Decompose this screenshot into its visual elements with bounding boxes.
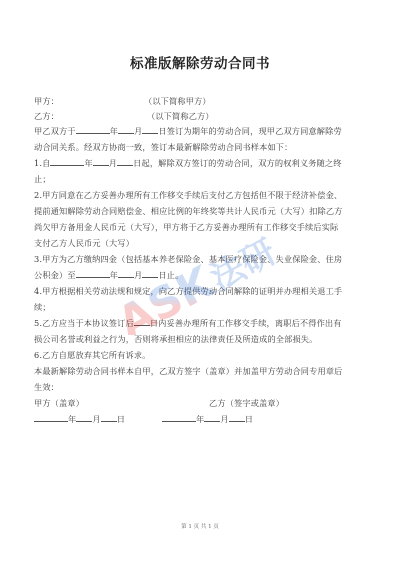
day-blank xyxy=(117,157,133,166)
clause-text: 公积金）至 xyxy=(34,270,76,280)
clause-4-line-2: 续； xyxy=(34,301,369,313)
party-a-note: （以下简称甲方） xyxy=(144,95,211,107)
month-blank xyxy=(76,413,92,422)
party-a-line: 甲方： （以下简称甲方） xyxy=(34,95,369,107)
document-title: 标准版解除劳动合同书 xyxy=(0,52,400,72)
year-blank xyxy=(76,269,110,278)
signature-labels: 甲方（盖章） 乙方（签字或盖章） xyxy=(34,397,369,409)
day-blank xyxy=(142,269,158,278)
month-blank xyxy=(118,269,134,278)
day-label: 日 xyxy=(117,414,125,424)
year-blank xyxy=(76,125,110,134)
clause-4-line-1: 4.甲方根据相关劳动法规和规定，向乙方提供劳动合同解除的证明并办理相关退工手 xyxy=(34,285,369,297)
clause-1-line-2: 止； xyxy=(34,173,369,185)
year-label: 年 xyxy=(196,414,204,424)
clause-5-line-1: 5.乙方应当于本协议签订后日内妥善办理所有工作移交手续，离职后不得作出有 xyxy=(34,317,369,329)
page-number: 第 1 页 共 1 页 xyxy=(0,522,400,530)
month-blank xyxy=(204,413,220,422)
year-label: 年 xyxy=(110,270,118,280)
clause-2-line-4: 支付乙方人民币元（大写） xyxy=(34,237,369,249)
intro-text: 甲乙双方于 xyxy=(34,126,76,136)
document-page: 标准版解除劳动合同书 甲方： （以下简称甲方） 乙方： （以下简称乙方） 甲乙双… xyxy=(0,0,400,565)
intro-text: 日签订为期年的劳动合同，现甲乙双方同意解除劳 xyxy=(158,126,341,136)
month-label: 月 xyxy=(92,414,100,424)
clause-text: 1.自 xyxy=(34,158,50,168)
day-blank xyxy=(142,125,158,134)
signature-dates: 年月日 年月日 xyxy=(34,413,369,425)
clause-5-line-2: 损公司名誉或利益之行为，否则将承担相应的法律责任及所造成的全部损失。 xyxy=(34,333,369,345)
month-blank xyxy=(118,125,134,134)
clause-text: 日起，解除双方签订的劳动合同，双方的权利义务随之终 xyxy=(133,158,341,168)
day-blank xyxy=(101,413,117,422)
month-label: 月 xyxy=(109,158,117,168)
clause-2-line-2: 提前通知解除劳动合同赔偿金、相应比例的年终奖等共计人民币元（大写）扣除乙方 xyxy=(34,205,369,217)
year-blank xyxy=(50,157,84,166)
party-a-label: 甲方： xyxy=(34,96,59,106)
day-label: 日 xyxy=(245,414,253,424)
clause-6: 6.乙方自愿放弃其它所有诉求。 xyxy=(34,349,369,361)
party-b-label: 乙方： xyxy=(34,111,59,121)
party-a-seal-label: 甲方（盖章） xyxy=(34,398,84,408)
clause-text: 日内妥善办理所有工作移交手续，离职后不得作出有 xyxy=(150,318,342,328)
party-b-date: 年月日 xyxy=(162,413,253,425)
month-label: 月 xyxy=(134,270,142,280)
month-label: 月 xyxy=(220,414,228,424)
clause-text: 日止。 xyxy=(158,270,183,280)
month-blank xyxy=(93,157,109,166)
intro-line-2: 动合同关系。经双方协商一致，签订本最新解除劳动合同书样本如下： xyxy=(34,141,369,153)
year-label: 年 xyxy=(110,126,118,136)
year-blank xyxy=(34,413,68,422)
year-label: 年 xyxy=(84,158,92,168)
year-label: 年 xyxy=(68,414,76,424)
intro-line-1: 甲乙双方于年月日签订为期年的劳动合同，现甲乙双方同意解除劳 xyxy=(34,125,369,137)
effect-line-1: 本最新解除劳动合同书样本自甲，乙双方签字（盖章）并加盖甲方劳动合同专用章后 xyxy=(34,365,369,377)
month-label: 月 xyxy=(134,126,142,136)
clause-1-line-1: 1.自年月日起，解除双方签订的劳动合同，双方的权利义务随之终 xyxy=(34,157,369,169)
clause-2-line-3: 尚欠甲方备用金人民币元（大写），甲方将于乙方妥善办理所有工作移交手续后实际 xyxy=(34,221,369,233)
day-blank xyxy=(229,413,245,422)
clause-text: 5.乙方应当于本协议签订后 xyxy=(34,318,134,328)
effect-line-2: 生效： xyxy=(34,381,369,393)
days-blank xyxy=(134,317,150,326)
party-b-seal-label: 乙方（签字或盖章） xyxy=(209,397,284,409)
year-blank xyxy=(162,413,196,422)
clause-3-line-1: 3.甲方为乙方缴纳四金（包括基本养老保险金、基本医疗保险金、失业保险金、住房 xyxy=(34,253,369,265)
party-b-note: （以下简称乙方） xyxy=(147,110,214,122)
clause-2-line-1: 2.甲方同意在乙方妥善办理所有工作移交手续后支付乙方包括但不限于经济补偿金、 xyxy=(34,189,369,201)
party-b-line: 乙方： （以下简称乙方） xyxy=(34,110,369,122)
clause-3-line-2: 公积金）至年月日止。 xyxy=(34,269,369,281)
party-a-date: 年月日 xyxy=(34,414,125,424)
